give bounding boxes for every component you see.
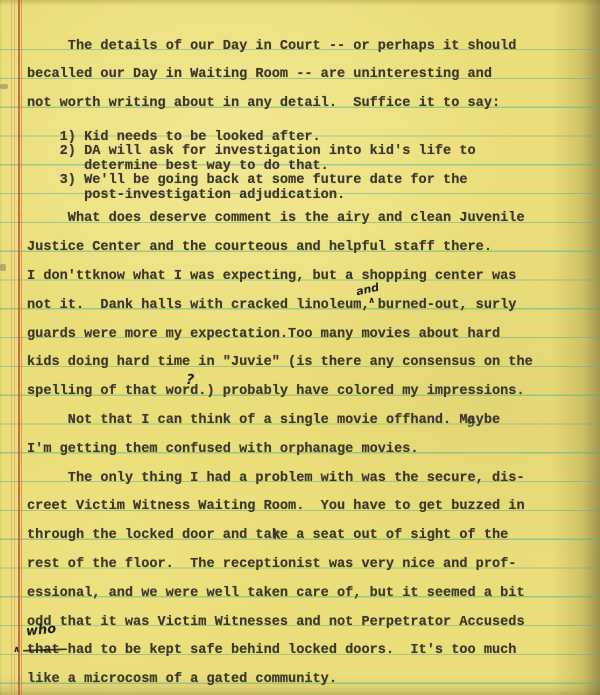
question-mark-annotation: ? [186, 373, 195, 388]
margin-line-main [18, 0, 20, 695]
overstrike-k-take: k [273, 529, 281, 545]
insert-and-annotation: and [355, 282, 380, 298]
insert-caret-mark: ∧ [368, 297, 375, 306]
typed-line: Not that I can think of a single movie o… [68, 413, 500, 430]
typed-line: essional, and we were well taken care of… [27, 586, 525, 603]
typed-line: What does deserve comment is the airy an… [68, 211, 525, 228]
typed-line: kids doing hard time in "Juvie" (is ther… [27, 355, 533, 372]
typed-line: guards were more my expectation.Too many… [27, 327, 500, 344]
typed-line: The details of our Day in Court -- or pe… [68, 39, 517, 56]
typed-line: not it. Dank halls with cracked linoleum… [27, 298, 516, 315]
typed-line: post-investigation adjudication. [84, 188, 345, 205]
typed-line: odd that it was Victim Witnesses and not… [27, 615, 525, 632]
insert-caret-mark-bottom: ∧ [13, 646, 20, 655]
typed-line: creet Victim Witness Waiting Room. You h… [27, 499, 525, 516]
typed-line: not worth writing about in any detail. S… [27, 96, 500, 113]
margin-line-faint-1 [11, 0, 12, 695]
typed-line: becalled our Day in Waiting Room -- are … [27, 67, 492, 84]
insert-who-annotation: who [25, 622, 56, 638]
legal-pad-page: The details of our Day in Court -- or pe… [0, 0, 600, 695]
margin-line-faint-3 [21, 0, 22, 695]
typed-line: The only thing I had a problem with was … [68, 471, 525, 488]
typed-line: I don'ttknow what I was expecting, but a… [27, 269, 516, 286]
typed-line: I'm getting them confused with orphanage… [27, 442, 419, 459]
typed-line: spelling of that word.) probably have co… [27, 384, 525, 401]
typed-line: like a microcosm of a gated community. [27, 672, 337, 689]
margin-line-faint-2 [14, 0, 15, 695]
typed-line: through the locked door and take a seat … [27, 528, 508, 545]
typed-line: rest of the floor. The receptionist was … [27, 557, 516, 574]
typed-line: that had to be kept safe behind locked d… [27, 643, 516, 660]
paper-edge-smudge [0, 264, 6, 271]
paper-edge-smudge [0, 84, 8, 89]
typed-line: Justice Center and the courteous and hel… [27, 240, 492, 257]
overstrike-g-maybe: g [467, 414, 475, 430]
